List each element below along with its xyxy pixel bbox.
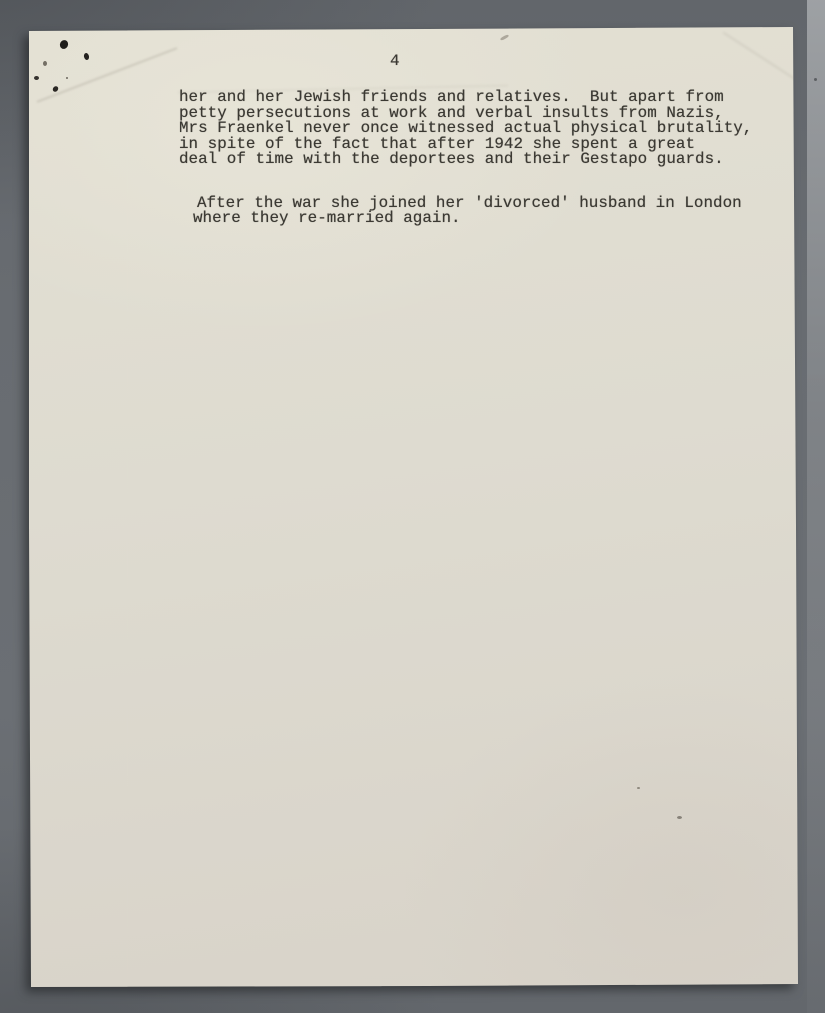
typewritten-text-block: her and her Jewish friends and relatives… [179, 90, 752, 227]
backdrop-speck [814, 78, 817, 81]
ink-speck [43, 61, 47, 66]
paper-sheet: 4 her and her Jewish friends and relativ… [28, 26, 798, 988]
typewritten-line: deal of time with the deportees and thei… [179, 152, 752, 168]
scanned-document-photo: 4 her and her Jewish friends and relativ… [0, 0, 825, 1013]
ink-speck [83, 52, 90, 60]
ink-speck [66, 77, 68, 79]
paper-sheet-wrapper: 4 her and her Jewish friends and relativ… [28, 26, 798, 988]
ink-speck [677, 816, 682, 819]
paper-crease [723, 32, 800, 83]
page-number: 4 [390, 53, 400, 69]
typewritten-paragraph-1: her and her Jewish friends and relatives… [179, 90, 752, 168]
ink-speck [34, 76, 39, 80]
typewritten-line: where they re-married again. [193, 211, 752, 227]
typewritten-paragraph-2: After the war she joined her 'divorced' … [179, 196, 752, 227]
paper-crease [37, 47, 178, 103]
backdrop-edge-highlight [807, 0, 825, 1013]
ink-speck [637, 787, 640, 789]
pencil-mark [500, 34, 509, 41]
ink-speck [58, 39, 69, 51]
